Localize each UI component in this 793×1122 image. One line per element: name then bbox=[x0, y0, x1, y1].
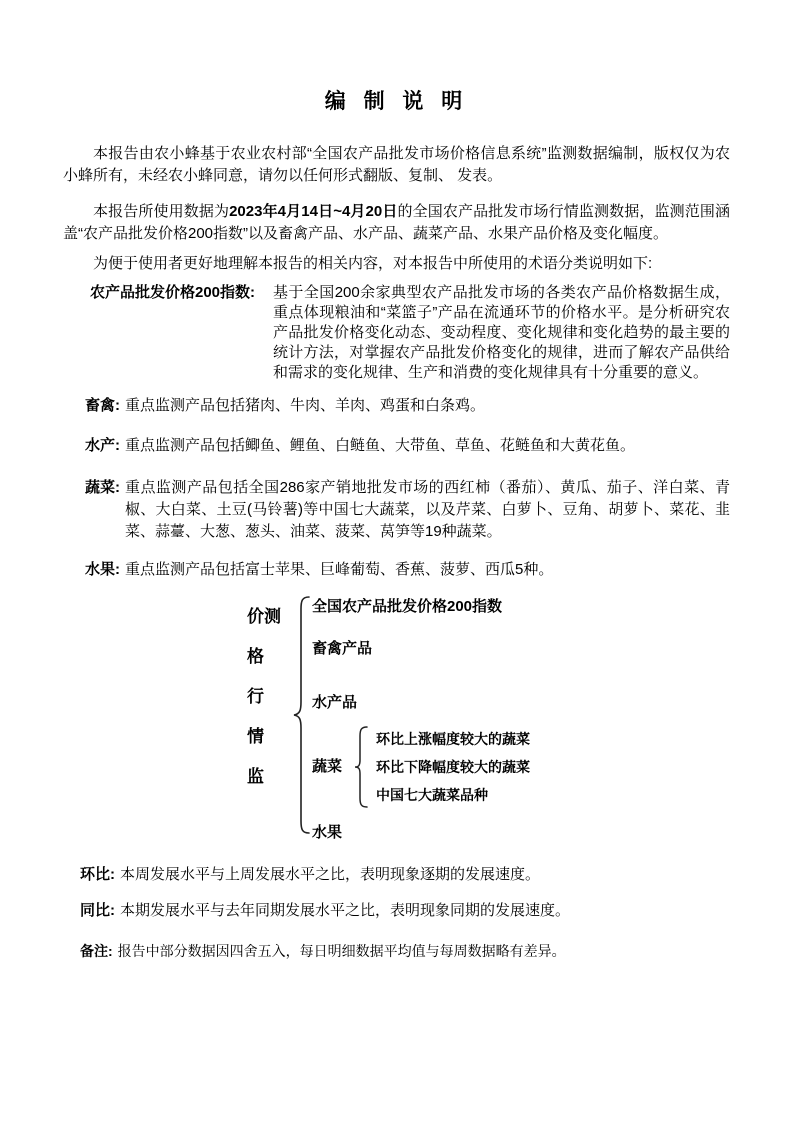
term-row-fruit: 水果: 重点监测产品包括富士苹果、巨峰葡萄、香蕉、菠萝、西瓜5种。 bbox=[85, 559, 730, 581]
diagram-subitem-veg-seven: 中国七大蔬菜品种 bbox=[376, 785, 530, 805]
term-label-livestock: 畜禽: bbox=[85, 395, 120, 417]
term-text-vegetable: 重点监测产品包括全国286家产销地批发市场的西红柿（番茄）、黄瓜、茄子、洋白菜、… bbox=[125, 477, 730, 543]
definition-index200-label: 农产品批发价格200指数: bbox=[90, 283, 273, 383]
diagram-vegetable-branch: 蔬菜 环比上涨幅度较大的蔬菜 环比下降幅度较大的蔬菜 中国七大蔬菜品种 bbox=[312, 725, 530, 809]
definition-index200-row: 农产品批发价格200指数: 基于全国200余家典型农产品批发市场的各类农产品价格… bbox=[90, 283, 730, 383]
term-row-aquatic: 水产: 重点监测产品包括鲫鱼、鲤鱼、白鲢鱼、大带鱼、草鱼、花鲢鱼和大黄花鱼。 bbox=[85, 435, 730, 457]
diagram-subitem-veg-down: 环比下降幅度较大的蔬菜 bbox=[376, 757, 530, 777]
diagram-vegetable-subitems: 环比上涨幅度较大的蔬菜 环比下降幅度较大的蔬菜 中国七大蔬菜品种 bbox=[376, 729, 530, 805]
term-label-fruit: 水果: bbox=[85, 559, 120, 581]
diagram-item-index200: 全国农产品批发价格200指数 bbox=[312, 597, 530, 617]
term-row-livestock: 畜禽: 重点监测产品包括猪肉、牛肉、羊肉、鸡蛋和白条鸡。 bbox=[85, 395, 730, 417]
term-text-mom: 本周发展水平与上周发展水平之比，表明现象逐期的发展速度。 bbox=[120, 864, 730, 886]
diagram-items: 全国农产品批发价格200指数 畜禽产品 水产品 蔬菜 环比上涨幅度较大的蔬菜 环… bbox=[312, 595, 530, 843]
diagram-item-aquatic: 水产品 bbox=[312, 693, 530, 713]
term-label-mom: 环比: bbox=[80, 864, 115, 886]
intro-paragraph-copyright: 本报告由农小蜂基于农业农村部“全国农产品批发市场价格信息系统”监测数据编制，版权… bbox=[63, 143, 730, 187]
page-title: 编 制 说 明 bbox=[63, 90, 730, 113]
term-label-note: 备注: bbox=[80, 940, 113, 962]
term-text-livestock: 重点监测产品包括猪肉、牛肉、羊肉、鸡蛋和白条鸡。 bbox=[125, 395, 730, 417]
term-text-yoy: 本期发展水平与去年同期发展水平之比，表明现象同期的发展速度。 bbox=[120, 900, 730, 922]
intro-paragraph-data-scope: 本报告所使用数据为2023年4月14日~4月20日的全国农产品批发市场行情监测数… bbox=[63, 201, 730, 245]
diagram-item-fruit: 水果 bbox=[312, 823, 530, 843]
definition-index200-text: 基于全国200余家典型农产品批发市场的各类农产品价格数据生成，重点体现粮油和“菜… bbox=[273, 283, 730, 383]
intro-paragraph-terms-note: 为便于使用者更好地理解本报告的相关内容，对本报告中所使用的术语分类说明如下: bbox=[63, 253, 730, 275]
term-label-yoy: 同比: bbox=[80, 900, 115, 922]
document-page: 编 制 说 明 本报告由农小蜂基于农业农村部“全国农产品批发市场价格信息系统”监… bbox=[0, 0, 793, 1122]
para2-prefix: 本报告所使用数据为 bbox=[93, 203, 229, 220]
diagram-root-label: 价格行情监测 bbox=[245, 607, 279, 840]
term-row-note: 备注: 报告中部分数据因四舍五入，每日明细数据平均值与每周数据略有差异。 bbox=[80, 940, 730, 962]
para2-date-range: 2023年4月14日~4月20日 bbox=[229, 203, 397, 220]
term-label-vegetable: 蔬菜: bbox=[85, 477, 120, 543]
term-text-aquatic: 重点监测产品包括鲫鱼、鲤鱼、白鲢鱼、大带鱼、草鱼、花鲢鱼和大黄花鱼。 bbox=[125, 435, 730, 457]
diagram-item-livestock: 畜禽产品 bbox=[312, 639, 530, 659]
price-monitoring-diagram: 价格行情监测 全国农产品批发价格200指数 畜禽产品 水产品 蔬菜 环比上涨幅度… bbox=[245, 595, 730, 840]
term-label-aquatic: 水产: bbox=[85, 435, 120, 457]
term-row-vegetable: 蔬菜: 重点监测产品包括全国286家产销地批发市场的西红柿（番茄）、黄瓜、茄子、… bbox=[85, 477, 730, 543]
term-text-fruit: 重点监测产品包括富士苹果、巨峰葡萄、香蕉、菠萝、西瓜5种。 bbox=[125, 559, 730, 581]
term-text-note: 报告中部分数据因四舍五入，每日明细数据平均值与每周数据略有差异。 bbox=[118, 940, 730, 962]
curly-brace-icon bbox=[293, 595, 311, 835]
term-row-mom: 环比: 本周发展水平与上周发展水平之比，表明现象逐期的发展速度。 bbox=[80, 864, 730, 886]
curly-brace-small-icon bbox=[354, 725, 369, 809]
diagram-subitem-veg-up: 环比上涨幅度较大的蔬菜 bbox=[376, 729, 530, 749]
term-row-yoy: 同比: 本期发展水平与去年同期发展水平之比，表明现象同期的发展速度。 bbox=[80, 900, 730, 922]
diagram-item-vegetable: 蔬菜 bbox=[312, 757, 342, 777]
